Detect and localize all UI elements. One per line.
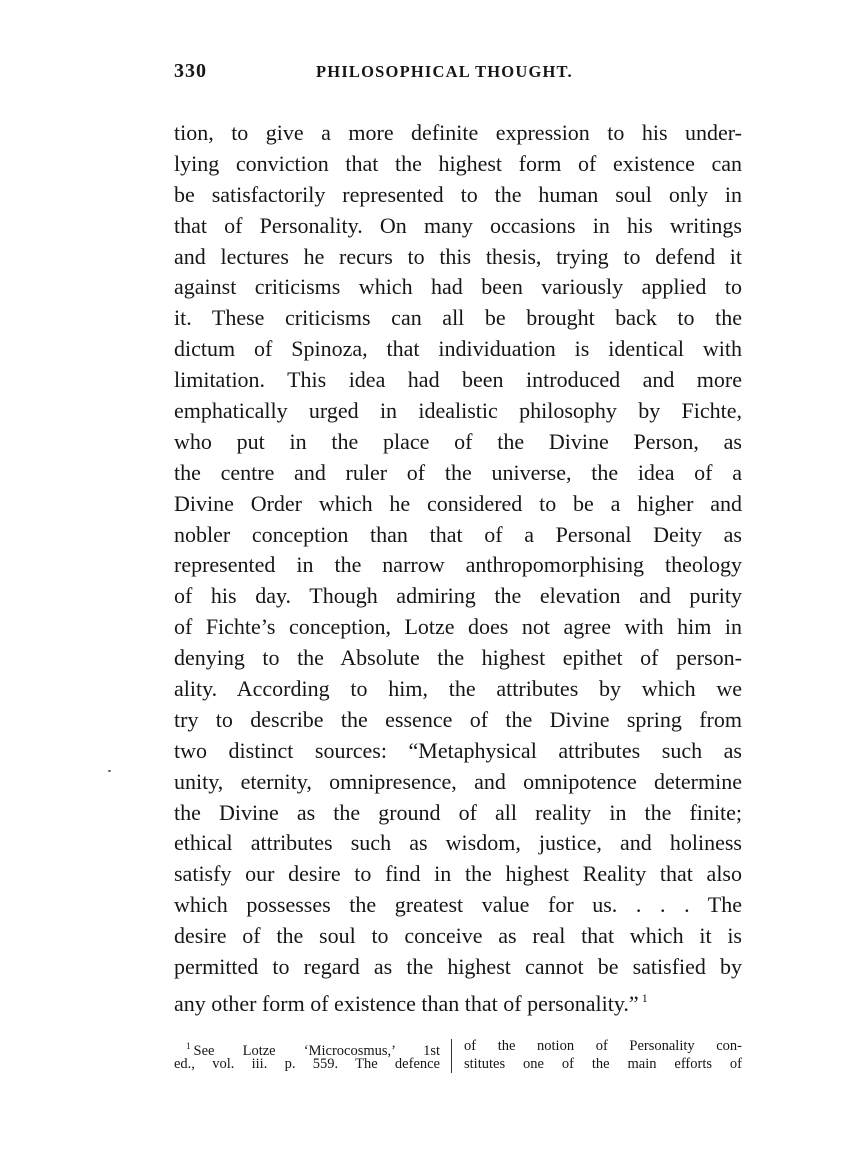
running-title: PHILOSOPHICAL THOUGHT. (316, 62, 573, 82)
body-line: that of Personality. On many occasions i… (174, 211, 742, 242)
body-line: tion, to give a more definite expression… (174, 118, 742, 149)
body-line: satisfy our desire to find in the highes… (174, 859, 742, 890)
body-line: dictum of Spinoza, that individuation is… (174, 334, 742, 365)
body-line-last: any other form of existence than that of… (174, 983, 742, 1014)
body-line: desire of the soul to conceive as real t… (174, 921, 742, 952)
body-line: the Divine as the ground of all reality … (174, 798, 742, 829)
body-line-text: any other form of existence than that of… (174, 991, 639, 1016)
body-line: ethical attributes such as wisdom, justi… (174, 828, 742, 859)
body-line: of Fichte’s conception, Lotze does not a… (174, 612, 742, 643)
body-line: emphatically urged in idealistic philoso… (174, 396, 742, 427)
footnote-line: 1See Lotze ‘Microcosmus,’ 1st (174, 1037, 440, 1055)
body-line: try to describe the essence of the Divin… (174, 705, 742, 736)
body-line: and lectures he recurs to this thesis, t… (174, 242, 742, 273)
body-line: it. These criticisms can all be brought … (174, 303, 742, 334)
body-line: represented in the narrow anthropomorphi… (174, 550, 742, 581)
page-number: 330 (174, 60, 207, 83)
body-line: of his day. Though admiring the elevatio… (174, 581, 742, 612)
body-line: nobler conception than that of a Persona… (174, 520, 742, 551)
body-line: Divine Order which he considered to be a… (174, 489, 742, 520)
footnote-left-column: 1See Lotze ‘Microcosmus,’ 1st ed., vol. … (174, 1037, 440, 1073)
body-line: be satisfactorily represented to the hum… (174, 180, 742, 211)
body-line: limitation. This idea had been introduce… (174, 365, 742, 396)
footnotes: 1See Lotze ‘Microcosmus,’ 1st ed., vol. … (174, 1037, 742, 1077)
footnote-line: ed., vol. iii. p. 559. The defence (174, 1055, 440, 1073)
footnote-line: stitutes one of the main efforts of (464, 1055, 742, 1073)
body-line: ality. According to him, the attributes … (174, 674, 742, 705)
footnote-marker: 1 (186, 1041, 191, 1051)
body-line: against criticisms which had been variou… (174, 272, 742, 303)
body-text: tion, to give a more definite expression… (174, 118, 742, 1014)
footnote-right-column: of the notion of Personality con- stitut… (464, 1037, 742, 1073)
footnote-reference[interactable]: 1 (642, 991, 648, 1005)
footnote-line: of the notion of Personality con- (464, 1037, 742, 1055)
body-line: who put in the place of the Divine Perso… (174, 427, 742, 458)
body-line: which possesses the greatest value for u… (174, 890, 742, 921)
body-line: unity, eternity, omnipresence, and omnip… (174, 767, 742, 798)
footnote-column-divider (451, 1039, 452, 1073)
running-head: 330 PHILOSOPHICAL THOUGHT. (174, 60, 742, 90)
body-line: the centre and ruler of the universe, th… (174, 458, 742, 489)
book-page: 330 PHILOSOPHICAL THOUGHT. tion, to give… (0, 0, 850, 1150)
body-line: denying to the Absolute the highest epit… (174, 643, 742, 674)
body-line: lying conviction that the highest form o… (174, 149, 742, 180)
body-line: permitted to regard as the highest canno… (174, 952, 742, 983)
scan-speck (108, 770, 111, 772)
body-line: two distinct sources: “Metaphysical attr… (174, 736, 742, 767)
